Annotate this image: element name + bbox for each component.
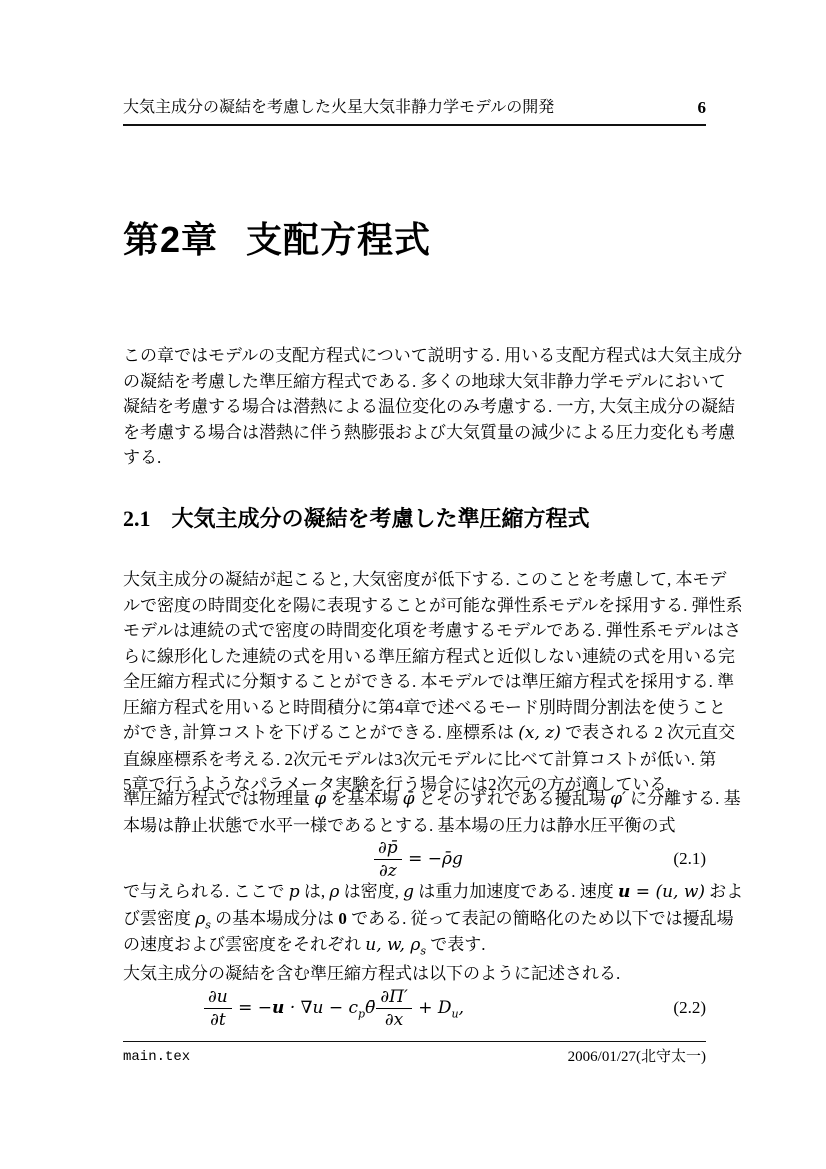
chapter-title: 支配方程式	[246, 219, 431, 260]
body-line: モデルは連続の式で密度の時間変化項を考慮するモデルである. 弾性系モデルはさ	[123, 618, 706, 644]
chapter-heading: 第2章支配方程式	[123, 218, 706, 262]
section-number: 2.1	[123, 506, 151, 531]
footer-filename: main.tex	[123, 1047, 190, 1067]
paragraph-intro: この章ではモデルの支配方程式について説明する. 用いる支配方程式は大気主成分 の…	[123, 343, 706, 471]
body-line: 凝結を考慮する場合は潜熱による温位変化のみ考慮する. 一方, 大気主成分の凝結	[123, 394, 706, 420]
body-line: 全圧縮方程式に分類することができる. 本モデルでは準圧縮方程式を採用する. 準	[123, 669, 706, 695]
body-line: で与えられる. ここで p は, ρ は密度, g は重力加速度である. 速度 …	[123, 879, 706, 906]
paragraph-model-choice: 大気主成分の凝結が起こると, 大気密度が低下する. このことを考慮して, 本モデ…	[123, 567, 706, 798]
paragraph-equations-intro: 大気主成分の凝結を含む準圧縮方程式は以下のように記述される.	[123, 961, 706, 987]
body-line: の速度および雲密度をそれぞれ u, w, ρs で表す.	[123, 932, 706, 959]
equation-body: ∂p̄∂z = −ρ̄g	[373, 839, 463, 880]
page-number: 6	[698, 97, 707, 119]
fraction: ∂Π′∂x	[376, 988, 411, 1029]
body-line: ルで密度の時間変化を陽に表現することが可能な弾性系モデルを採用する. 弾性系	[123, 593, 706, 619]
paragraph-notation: で与えられる. ここで p は, ρ は密度, g は重力加速度である. 速度 …	[123, 879, 706, 959]
body-line: する.	[123, 445, 706, 471]
chapter-number: 第2章	[123, 219, 218, 260]
section-title: 大気主成分の凝結を考慮した準圧縮方程式	[172, 506, 590, 531]
body-line: 準圧縮方程式では物理量 φ を基本場 φ̄ とそのずれである擾乱場 φ′ に分離…	[123, 786, 706, 813]
footer-date-author: 2006/01/27(北守太一)	[568, 1047, 706, 1067]
body-line: 本場は静止状態で水平一様であるとする. 基本場の圧力は静水圧平衡の式	[123, 813, 706, 839]
body-line: 大気主成分の凝結を含む準圧縮方程式は以下のように記述される.	[123, 961, 706, 987]
body-line: この章ではモデルの支配方程式について説明する. 用いる支配方程式は大気主成分	[123, 343, 706, 369]
running-title: 大気主成分の凝結を考慮した火星大気非静力学モデルの開発	[123, 97, 554, 119]
equation-momentum-u: ∂u∂t = −u · ∇u − cpθ̄∂Π′∂x + Du, (2.2)	[123, 984, 706, 1032]
body-line: の凝結を考慮した準圧縮方程式である. 多くの地球大気非静力学モデルにおいて	[123, 369, 706, 395]
equation-body: ∂u∂t = −u · ∇u − cpθ̄∂Π′∂x + Du,	[203, 988, 464, 1029]
body-line: ができ, 計算コストを下げることができる. 座標系は (x, z) で表される …	[123, 720, 706, 747]
body-line: 直線座標系を考える. 2次元モデルは3次元モデルに比べて計算コストが低い. 第	[123, 747, 706, 773]
body-line: び雲密度 ρs の基本場成分は 0 である. 従って表記の簡略化のため以下では擾…	[123, 906, 706, 933]
page-footer: main.tex 2006/01/27(北守太一)	[123, 1047, 706, 1067]
body-line: を考慮する場合は潜熱に伴う熱膨張および大気質量の減少による圧力変化も考慮	[123, 420, 706, 446]
body-line: 大気主成分の凝結が起こると, 大気密度が低下する. このことを考慮して, 本モデ	[123, 567, 706, 593]
header-rule	[123, 124, 706, 126]
footer-rule	[123, 1041, 706, 1042]
document-page: 大気主成分の凝結を考慮した火星大気非静力学モデルの開発 6 第2章支配方程式 こ…	[0, 0, 826, 1169]
running-header: 大気主成分の凝結を考慮した火星大気非静力学モデルの開発 6	[123, 97, 706, 119]
section-heading: 2.1大気主成分の凝結を考慮した準圧縮方程式	[123, 504, 706, 534]
paragraph-basic-field: 準圧縮方程式では物理量 φ を基本場 φ̄ とそのずれである擾乱場 φ′ に分離…	[123, 786, 706, 838]
fraction: ∂p̄∂z	[374, 839, 402, 880]
equation-hydrostatic: ∂p̄∂z = −ρ̄g (2.1)	[123, 836, 706, 882]
body-line: らに線形化した連続の式を用いる準圧縮方程式と近似しない連続の式を用いる完	[123, 644, 706, 670]
body-line: 圧縮方程式を用いると時間積分に第4章で述べるモード別時間分割法を使うこと	[123, 695, 706, 721]
equation-number: (2.2)	[673, 998, 706, 1018]
equation-number: (2.1)	[673, 849, 706, 869]
fraction: ∂u∂t	[204, 988, 232, 1029]
